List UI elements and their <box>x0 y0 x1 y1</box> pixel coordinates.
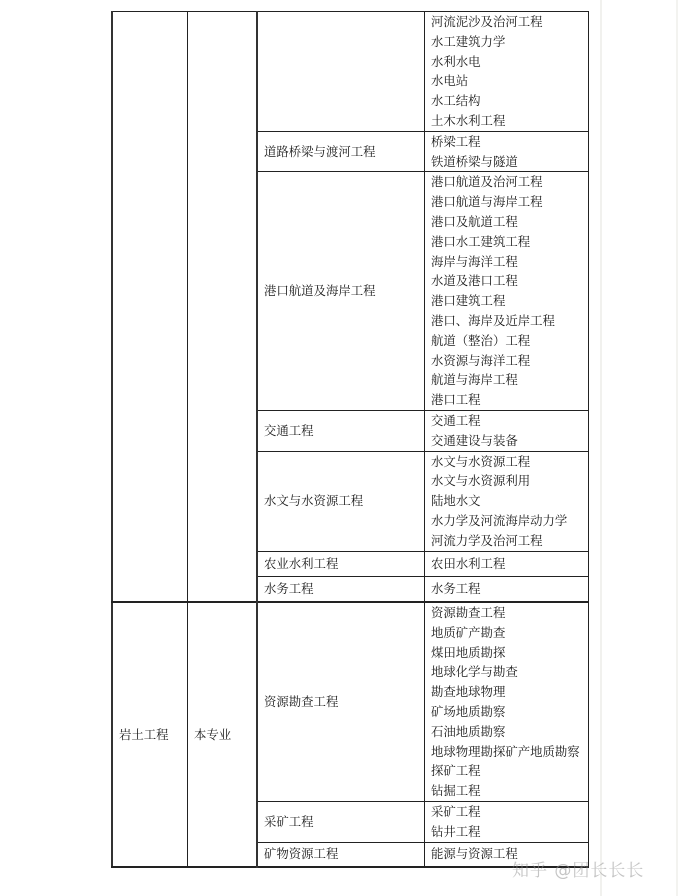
list-item: 资源勘查工程 <box>431 603 588 623</box>
level-label: 本专业 <box>194 725 256 745</box>
major-cell: 港口航道及海岸工程 <box>257 172 425 411</box>
list-item: 水道及港口工程 <box>431 271 588 291</box>
list-item: 水力学及河流海岸动力学 <box>431 511 588 531</box>
subs-cell: 河流泥沙及治河工程 水工建筑力学 水利水电 水电站 水工结构 土木水利工程 <box>425 12 589 132</box>
list-item: 港口航道与海岸工程 <box>431 192 588 212</box>
list-item: 铁道桥梁与隧道 <box>431 152 588 172</box>
table-row: 河流泥沙及治河工程 水工建筑力学 水利水电 水电站 水工结构 土木水利工程 <box>112 12 589 132</box>
list-item: 河流力学及治河工程 <box>431 531 588 551</box>
major-cell: 水务工程 <box>257 576 425 602</box>
list-item: 勘查地球物理 <box>431 682 588 702</box>
table-row: 岩土工程 本专业 资源勘查工程 资源勘查工程 地质矿产勘查 煤田地质勘探 地球化… <box>112 602 589 801</box>
subs-cell: 港口航道及治河工程 港口航道与海岸工程 港口及航道工程 港口水工建筑工程 海岸与… <box>425 172 589 411</box>
list-item: 农田水利工程 <box>431 554 588 574</box>
list-item: 桥梁工程 <box>431 132 588 152</box>
list-item: 地质矿产勘查 <box>431 623 588 643</box>
list-item: 水利水电 <box>431 52 588 72</box>
major-cell: 道路桥梁与渡河工程 <box>257 131 425 172</box>
subs-cell: 采矿工程 钻井工程 <box>425 801 589 842</box>
list-item: 交通工程 <box>431 411 588 431</box>
majors-table: 河流泥沙及治河工程 水工建筑力学 水利水电 水电站 水工结构 土木水利工程 道路… <box>111 11 589 868</box>
list-item: 港口水工建筑工程 <box>431 232 588 252</box>
subs-cell: 水务工程 <box>425 576 589 602</box>
major-cell: 交通工程 <box>257 410 425 451</box>
sub-major-list: 港口航道及治河工程 港口航道与海岸工程 港口及航道工程 港口水工建筑工程 海岸与… <box>431 172 588 410</box>
list-item: 港口建筑工程 <box>431 291 588 311</box>
major-cell: 采矿工程 <box>257 801 425 842</box>
list-item: 采矿工程 <box>431 802 588 822</box>
sub-major-list: 水务工程 <box>431 579 588 599</box>
list-item: 土木水利工程 <box>431 111 588 131</box>
list-item: 钻井工程 <box>431 822 588 842</box>
list-item: 港口、海岸及近岸工程 <box>431 311 588 331</box>
list-item: 航道与海岸工程 <box>431 370 588 390</box>
major-cell: 农业水利工程 <box>257 551 425 576</box>
list-item: 水资源与海洋工程 <box>431 351 588 371</box>
sub-major-list: 采矿工程 钻井工程 <box>431 802 588 842</box>
watermark: 知乎 @团长长长 <box>512 856 644 881</box>
list-item: 地球物理勘探矿产地质勘察 <box>431 742 588 762</box>
list-item: 水工结构 <box>431 91 588 111</box>
level-cell <box>188 12 258 603</box>
list-item: 地球化学与勘查 <box>431 662 588 682</box>
sub-major-list: 桥梁工程 铁道桥梁与隧道 <box>431 132 588 172</box>
list-item: 水文与水资源利用 <box>431 471 588 491</box>
list-item: 港口航道及治河工程 <box>431 172 588 192</box>
list-item: 探矿工程 <box>431 761 588 781</box>
level-cell: 本专业 <box>188 602 258 867</box>
subs-cell: 农田水利工程 <box>425 551 589 576</box>
list-item: 水文与水资源工程 <box>431 452 588 472</box>
list-item: 陆地水文 <box>431 491 588 511</box>
list-item: 港口工程 <box>431 390 588 410</box>
subs-cell: 水文与水资源工程 水文与水资源利用 陆地水文 水力学及河流海岸动力学 河流力学及… <box>425 451 589 551</box>
page-edge-strip <box>676 0 678 896</box>
major-cell: 水文与水资源工程 <box>257 451 425 551</box>
list-item: 石油地质勘察 <box>431 722 588 742</box>
category-label: 岩土工程 <box>119 725 187 745</box>
list-item: 海岸与海洋工程 <box>431 252 588 272</box>
list-item: 交通建设与装备 <box>431 431 588 451</box>
major-cell: 资源勘查工程 <box>257 602 425 801</box>
page-edge-strip <box>600 0 602 896</box>
sub-major-list: 河流泥沙及治河工程 水工建筑力学 水利水电 水电站 水工结构 土木水利工程 <box>431 12 588 131</box>
list-item: 港口及航道工程 <box>431 212 588 232</box>
list-item: 钻掘工程 <box>431 781 588 801</box>
list-item: 河流泥沙及治河工程 <box>431 12 588 32</box>
list-item: 水工建筑力学 <box>431 32 588 52</box>
list-item: 水电站 <box>431 71 588 91</box>
subs-cell: 资源勘查工程 地质矿产勘查 煤田地质勘探 地球化学与勘查 勘查地球物理 矿场地质… <box>425 602 589 801</box>
list-item: 水务工程 <box>431 579 588 599</box>
list-item: 矿场地质勘察 <box>431 702 588 722</box>
list-item: 煤田地质勘探 <box>431 643 588 663</box>
sub-major-list: 交通工程 交通建设与装备 <box>431 411 588 451</box>
major-cell: 矿物资源工程 <box>257 842 425 867</box>
page: 河流泥沙及治河工程 水工建筑力学 水利水电 水电站 水工结构 土木水利工程 道路… <box>0 0 680 896</box>
list-item: 航道（整治）工程 <box>431 331 588 351</box>
sub-major-list: 农田水利工程 <box>431 554 588 574</box>
subs-cell: 交通工程 交通建设与装备 <box>425 410 589 451</box>
sub-major-list: 资源勘查工程 地质矿产勘查 煤田地质勘探 地球化学与勘查 勘查地球物理 矿场地质… <box>431 603 588 801</box>
category-cell: 岩土工程 <box>112 602 188 867</box>
major-cell <box>257 12 425 132</box>
category-cell <box>112 12 188 603</box>
subs-cell: 桥梁工程 铁道桥梁与隧道 <box>425 131 589 172</box>
sub-major-list: 水文与水资源工程 水文与水资源利用 陆地水文 水力学及河流海岸动力学 河流力学及… <box>431 452 588 551</box>
